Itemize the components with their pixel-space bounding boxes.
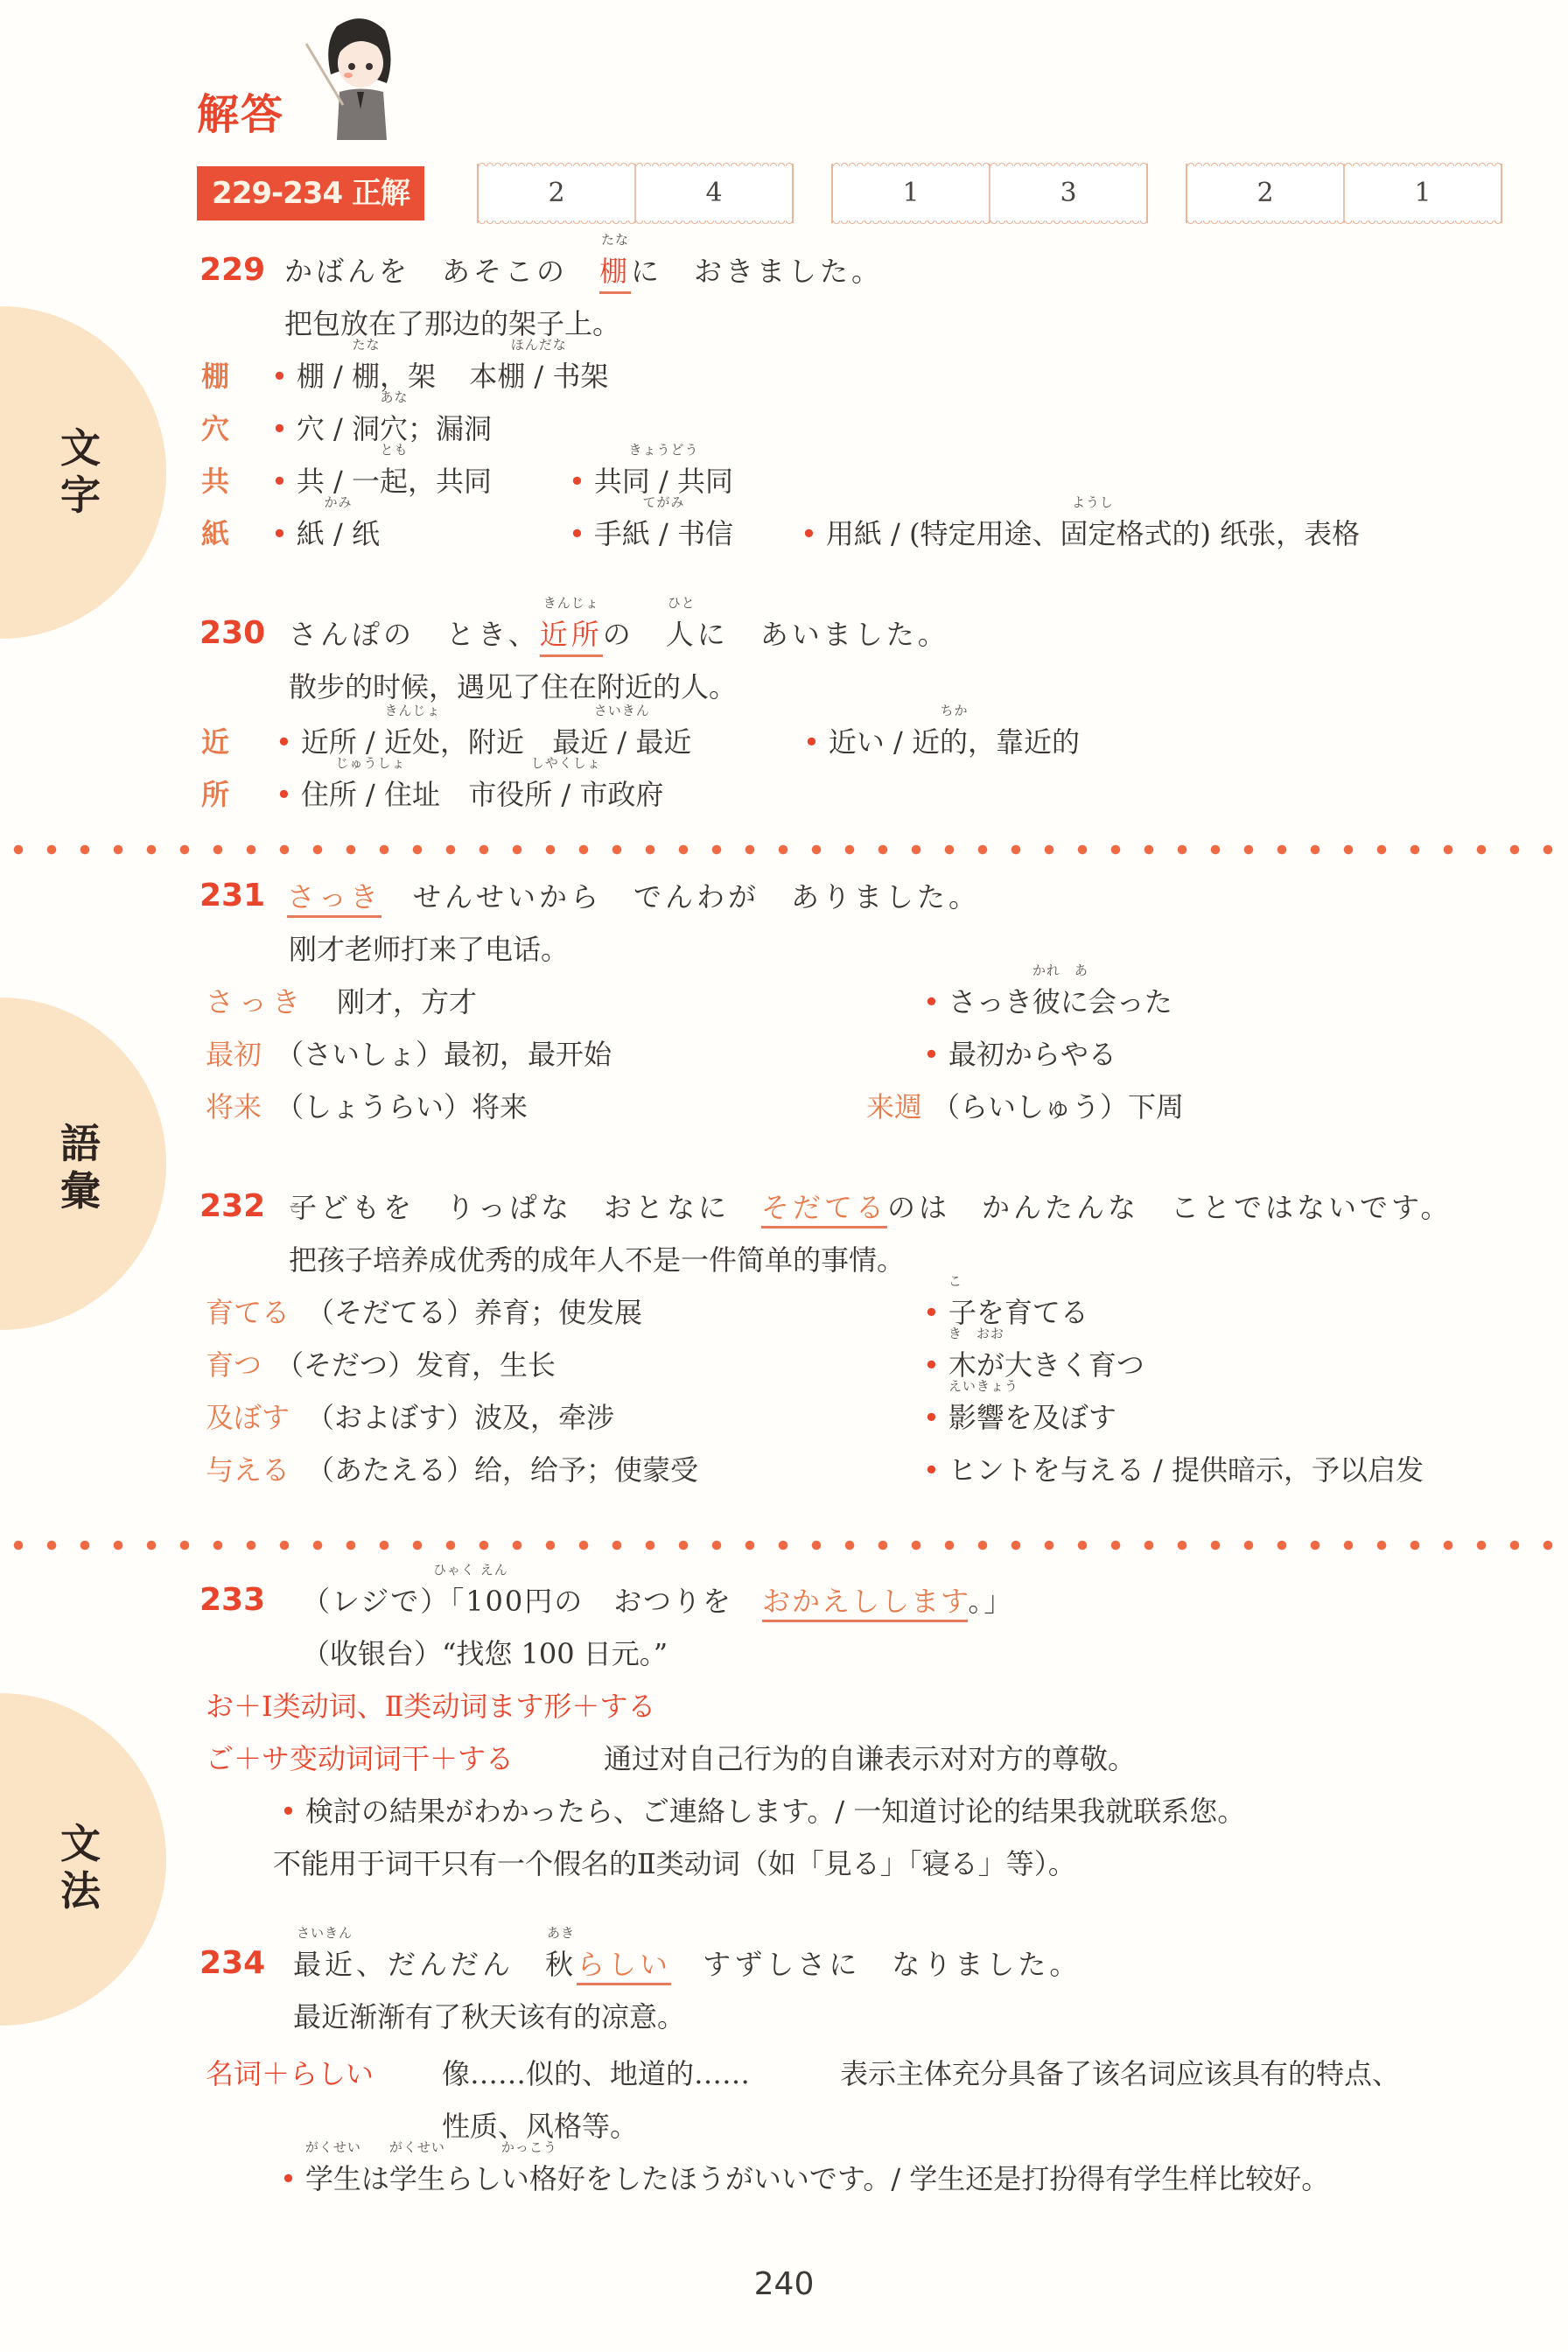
grammar-desc: 通过对自己行为的自谦表示对对方的尊敬。 (604, 1737, 1136, 1777)
answer-229: 2 (479, 164, 634, 223)
answer-232: 3 (989, 164, 1146, 223)
q234-translation: 最近渐渐有了秋天该有的凉意。 (293, 1995, 685, 2035)
answer-group-1: 2 4 (477, 164, 794, 223)
question-number-234: 234 (199, 1945, 265, 1981)
question-number-231: 231 (199, 878, 265, 913)
q233-translation: （收银台）“找您 100 日元。” (302, 1632, 668, 1672)
vocab-meaning: （しょうらい）将来 (276, 1085, 528, 1125)
question-number-233: 233 (199, 1582, 265, 1618)
section-divider (0, 1540, 1568, 1550)
grammar-rule: 名词＋らしい (206, 2052, 374, 2092)
q232-sentence: こ子どもを りっぱな おとなに そだてるのは かんたんな ことではないです。 (289, 1186, 1452, 1226)
q233-sentence: ひゃく えん（レジで）「100円の おつりを おかえしします。」 (302, 1579, 1013, 1620)
teacher-mascot-icon (289, 9, 402, 140)
sidebar-label-bunpo: 文法 (54, 1820, 107, 1914)
question-number-229: 229 (199, 252, 265, 288)
vocab-row: •てがみ手紙 / 书信 (569, 512, 733, 552)
q231-sentence: さっき せんせいから でんわが ありました。 (287, 875, 980, 915)
vocab-word: 最初 (206, 1032, 262, 1073)
vocab-row: •ようし用紙 / (特定用途、固定格式的) 纸张，表格 (801, 512, 1360, 552)
vocab-word: 育てる (206, 1291, 290, 1331)
vocab-word: 与える (206, 1448, 290, 1488)
vocab-kanji: 所 (201, 773, 229, 813)
vocab-kanji: 棚 (201, 354, 229, 395)
q230-sentence: さんぽの とき、きんじょ近所の ひと人に あいました。 (289, 612, 949, 657)
sidebar-label-goi: 語彙 (54, 1120, 107, 1214)
answer-230: 4 (634, 164, 792, 223)
page-number: 240 (749, 2266, 819, 2302)
grammar-rule: お＋Ⅰ类动词、Ⅱ类动词ます形＋する (206, 1684, 655, 1725)
vocab-meaning: （そだつ）发育，生长 (276, 1343, 556, 1383)
q234-sentence: さいきん最近、だんだん あき秋らしい すずしさに なりました。 (293, 1942, 1081, 1983)
q234-answer: らしい (577, 1948, 671, 1985)
vocab-word: 育つ (206, 1343, 262, 1383)
vocab-meaning: （そだてる）养育；使发展 (306, 1291, 642, 1331)
vocab-meaning: （さいしょ）最初，最开始 (276, 1032, 612, 1073)
vocab-meaning: 刚才，方才 (337, 980, 477, 1020)
grammar-example: •がくせい がくせい かっこう学生は学生らしい格好をしたほうがいいです。/ 学生… (280, 2157, 1329, 2197)
q230-translation: 散步的时候，遇见了住在附近的人。 (289, 665, 737, 705)
vocab-kanji: 共 (201, 459, 229, 500)
page-title: 解答 (197, 80, 284, 141)
section-divider (0, 844, 1568, 855)
vocab-row: •じゅうしょ住所 / 住址 しやくしょ市役所 / 市政府 (276, 773, 663, 813)
grammar-note: 不能用于词干只有一个假名的Ⅱ类动词（如「見る」「寝る」等）。 (273, 1842, 1076, 1882)
question-number-232: 232 (199, 1188, 265, 1224)
vocab-meaning: （あたえる）给，给予；使蒙受 (306, 1448, 698, 1488)
answer-231: 1 (833, 164, 989, 223)
vocab-word: 来週 (866, 1085, 922, 1125)
sidebar-label-moji: 文字 (54, 424, 107, 519)
vocab-word: 及ぼす (206, 1396, 290, 1436)
vocab-word: 将来 (206, 1085, 262, 1125)
q231-answer: さっき (287, 880, 381, 918)
q232-answer: そだてる (761, 1191, 887, 1228)
q230-answer: きんじょ近所 (540, 612, 603, 657)
q231-translation: 刚才老师打来了电话。 (289, 927, 569, 968)
answer-group-2: 1 3 (831, 164, 1148, 223)
vocab-kanji: 紙 (201, 512, 229, 552)
grammar-rule: ご＋サ变动词词干＋する (206, 1737, 514, 1777)
vocab-row: •ちか近い / 近的，靠近的 (803, 720, 1080, 760)
vocab-example: •えいきょう影響を及ぼす (923, 1396, 1116, 1436)
vocab-example: •かれ あさっき彼に会った (923, 980, 1172, 1020)
vocab-example: •ヒントを与える / 提供暗示，予以启发 (923, 1448, 1424, 1488)
answer-233: 2 (1187, 164, 1343, 223)
vocab-kanji: 近 (201, 720, 229, 760)
vocab-kanji: 穴 (201, 407, 229, 447)
answer-group-3: 2 1 (1186, 164, 1502, 223)
vocab-meaning: （およぼす）波及，牵涉 (306, 1396, 614, 1436)
vocab-row: •かみ紙 / 纸 (271, 512, 380, 552)
grammar-desc: 表示主体充分具备了该名词应该具有的特点、 (840, 2052, 1400, 2092)
vocab-example: •最初からやる (923, 1032, 1116, 1073)
vocab-meaning: （らいしゅう）下周 (932, 1085, 1184, 1125)
answer-234: 1 (1343, 164, 1501, 223)
grammar-meaning: 像……似的、地道的…… (442, 2052, 750, 2092)
q233-answer: おかえしします (762, 1585, 968, 1622)
question-number-230: 230 (199, 615, 265, 651)
grammar-example: •検討の結果がわかったら、ご連絡します。/ 一知道讨论的结果我就联系您。 (280, 1789, 1245, 1830)
vocab-word: さっき (206, 980, 305, 1020)
q229-answer: たな棚 (599, 249, 631, 294)
q232-translation: 把孩子培养成优秀的成年人不是一件简单的事情。 (289, 1238, 905, 1278)
answer-range-label: 229-234 正解 (197, 166, 424, 220)
q229-sentence: かばんを あそこの たな棚に おきました。 (284, 249, 883, 294)
